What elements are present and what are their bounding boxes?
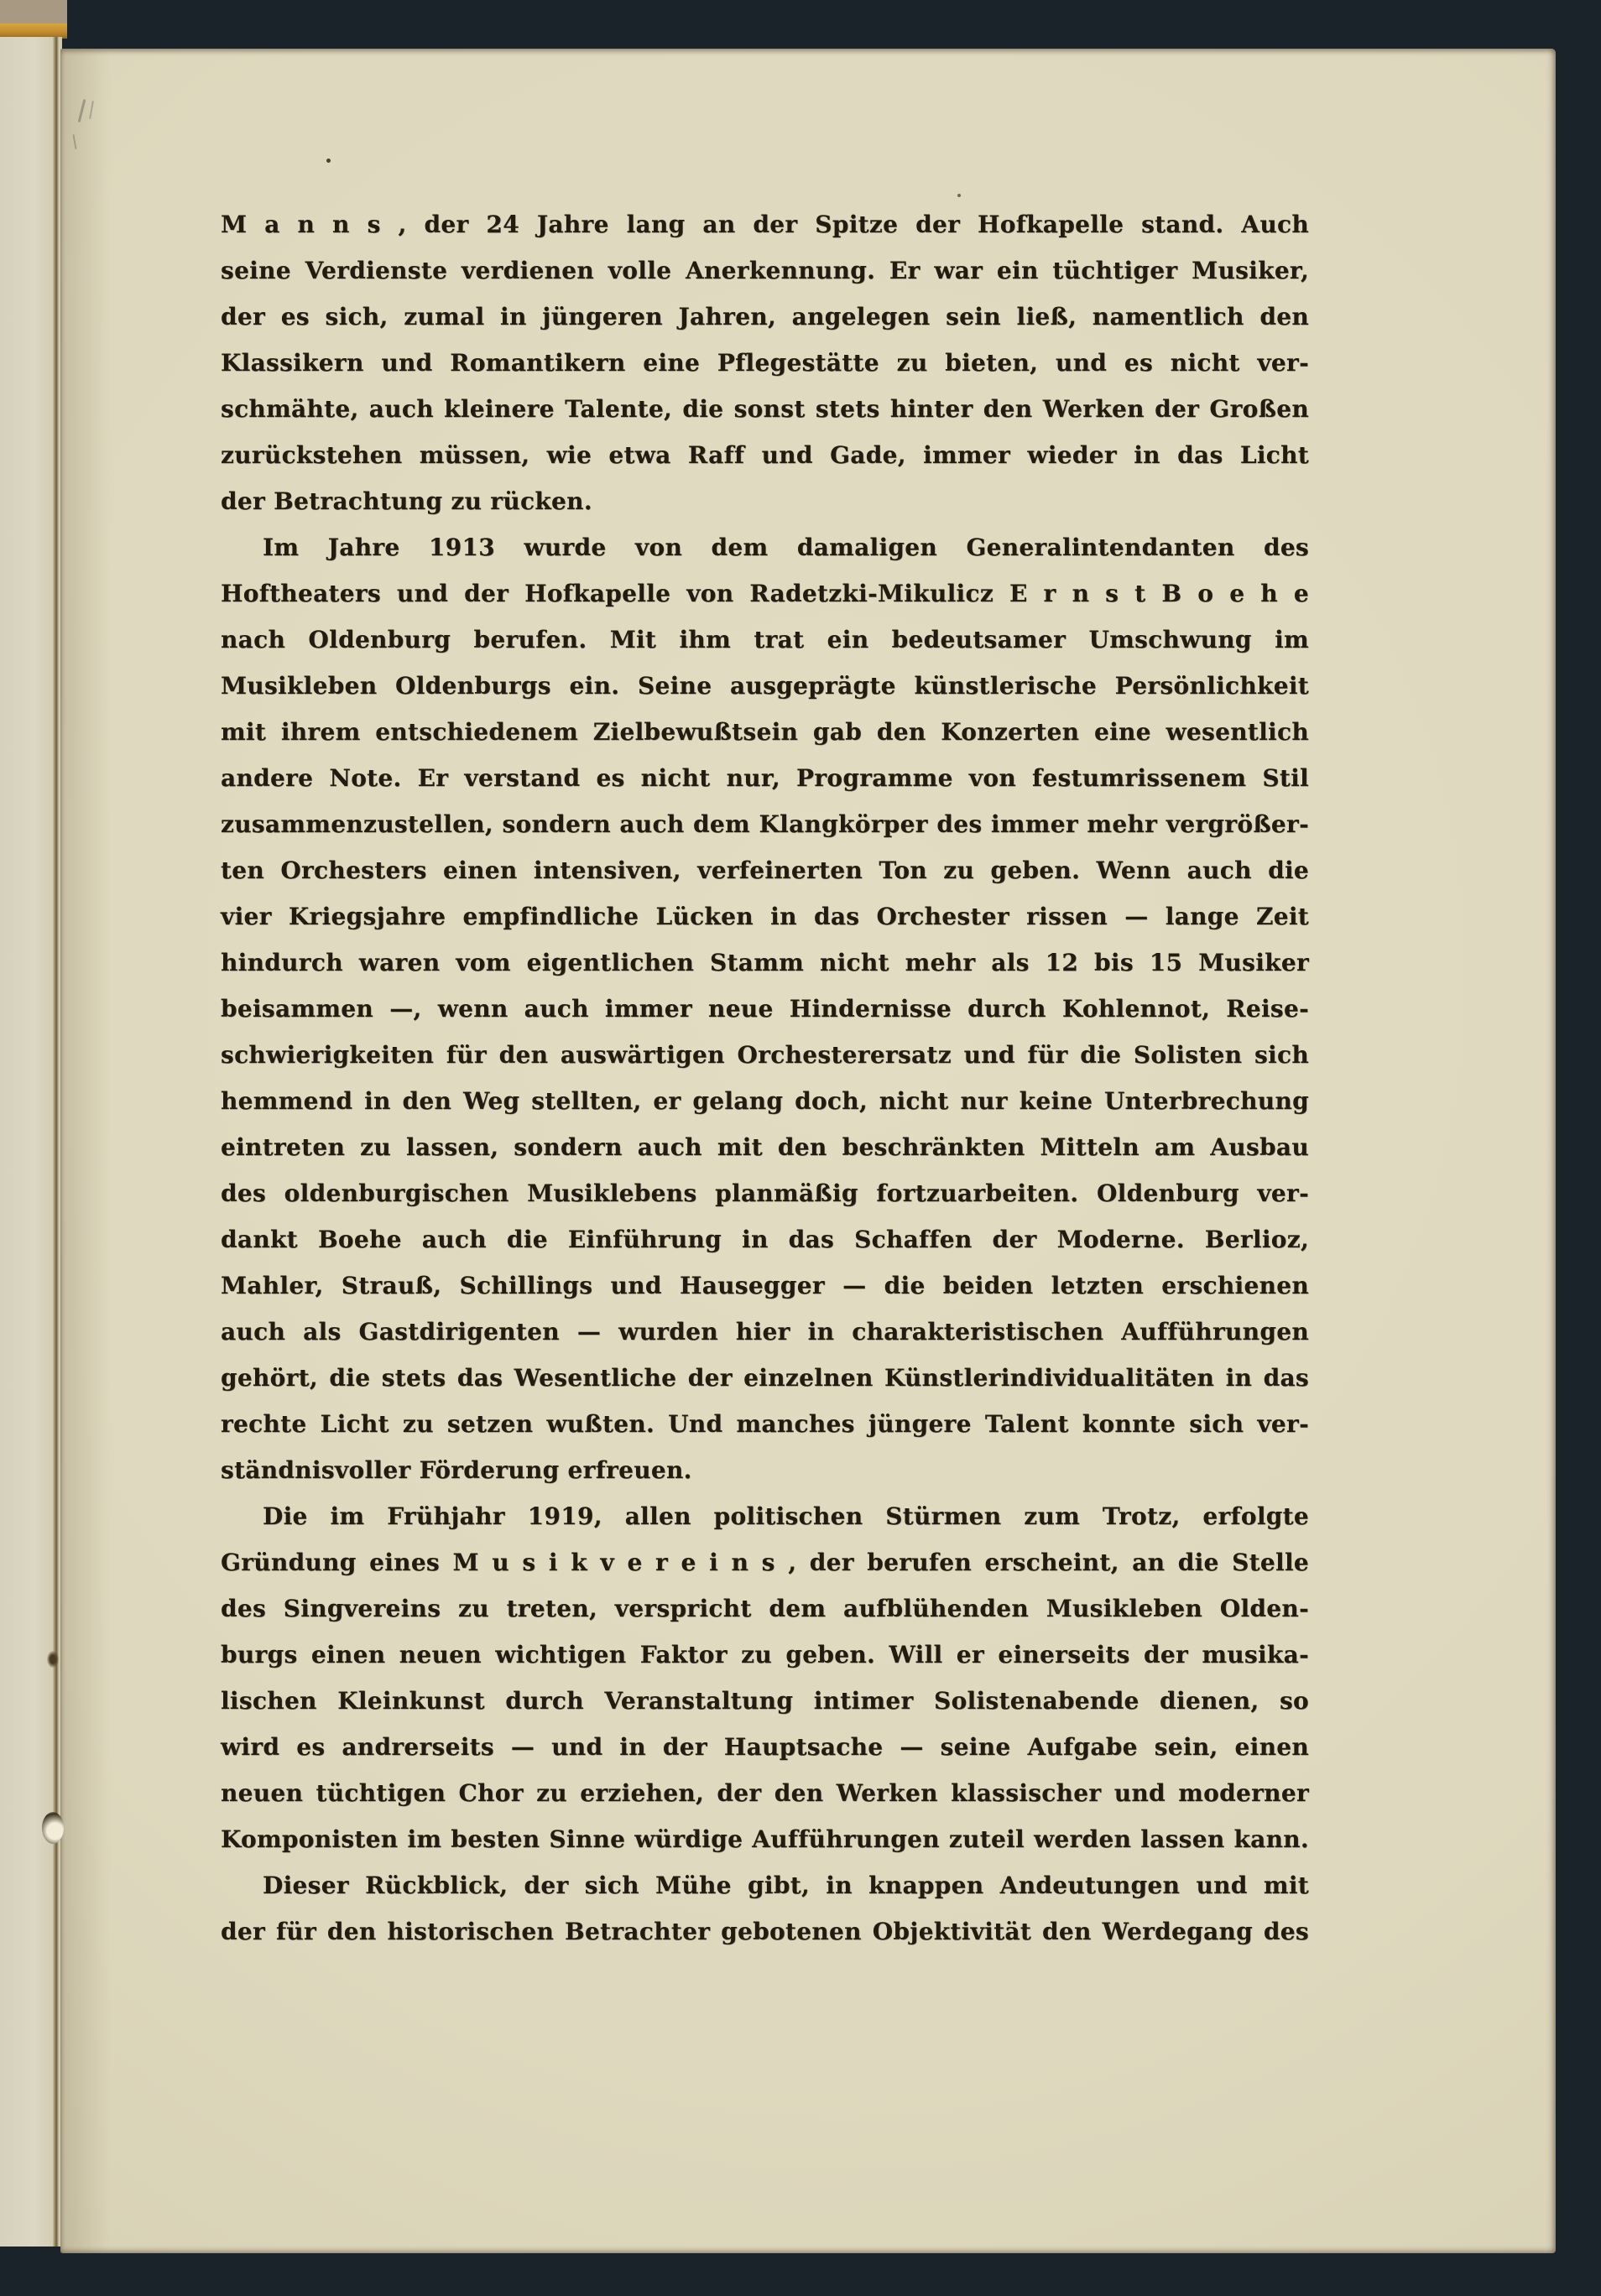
binding-stitch-mark xyxy=(47,1651,59,1668)
text-line: vier Kriegsjahre empfindliche Lücken in … xyxy=(221,893,1309,940)
gutter-shadow xyxy=(60,49,111,2253)
text-line: dankt Boehe auch die Einführung in das S… xyxy=(221,1216,1309,1263)
text-line: hemmend in den Weg stellten, er gelang d… xyxy=(221,1078,1309,1124)
text-line: zusammenzustellen, sondern auch dem Klan… xyxy=(221,801,1309,847)
text-line: andere Note. Er verstand es nicht nur, P… xyxy=(221,755,1309,801)
text-line: eintreten zu lassen, sondern auch mit de… xyxy=(221,1124,1309,1170)
text-line: hindurch waren vom eigentlichen Stamm ni… xyxy=(221,940,1309,986)
text-line: lischen Kleinkunst durch Veranstaltung i… xyxy=(221,1678,1309,1724)
text-line: beisammen —, wenn auch immer neue Hinder… xyxy=(221,986,1309,1032)
text-line: Mahler, Strauß, Schillings und Hausegger… xyxy=(221,1263,1309,1309)
text-line: Klassikern und Romantikern eine Pflegest… xyxy=(221,340,1309,386)
text-line: ständnisvoller Förderung erfreuen. xyxy=(221,1447,1309,1493)
text-line: auch als Gastdirigenten — wurden hier in… xyxy=(221,1309,1309,1355)
text-line: der es sich, zumal in jüngeren Jahren, a… xyxy=(221,294,1309,340)
ink-speck xyxy=(957,194,961,197)
text-line: Die im Frühjahr 1919, allen politischen … xyxy=(221,1493,1309,1539)
text-line: burgs einen neuen wichtigen Faktor zu ge… xyxy=(221,1632,1309,1678)
text-line: seine Verdienste verdienen volle Anerken… xyxy=(221,247,1309,294)
text-line: des oldenburgischen Musiklebens planmäßi… xyxy=(221,1170,1309,1216)
text-line: Im Jahre 1913 wurde von dem damaligen Ge… xyxy=(221,524,1309,570)
text-line: neuen tüchtigen Chor zu erziehen, der de… xyxy=(221,1770,1309,1816)
text-line: M a n n s , der 24 Jahre lang an der Spi… xyxy=(221,201,1309,247)
text-line: zurückstehen müssen, wie etwa Raff und G… xyxy=(221,432,1309,478)
text-line: wird es andrerseits — und in der Hauptsa… xyxy=(221,1724,1309,1770)
text-line: Dieser Rückblick, der sich Mühe gibt, in… xyxy=(221,1862,1309,1908)
text-line: Musikleben Oldenburgs ein. Seine ausgepr… xyxy=(221,663,1309,709)
ink-speck xyxy=(326,159,331,163)
text-line: gehört, die stets das Wesentliche der ei… xyxy=(221,1355,1309,1401)
text-line: des Singvereins zu treten, verspricht de… xyxy=(221,1585,1309,1632)
text-line: Gründung eines M u s i k v e r e i n s ,… xyxy=(221,1539,1309,1585)
text-line: schwierigkeiten für den auswärtigen Orch… xyxy=(221,1032,1309,1078)
binding-crease xyxy=(53,37,59,2247)
text-line: der für den historischen Betrachter gebo… xyxy=(221,1908,1309,1955)
text-line: ten Orchesters einen intensiven, verfein… xyxy=(221,847,1309,893)
text-line: nach Oldenburg berufen. Mit ihm trat ein… xyxy=(221,617,1309,663)
text-line: Komponisten im besten Sinne würdige Auff… xyxy=(221,1816,1309,1862)
page-text-block: M a n n s , der 24 Jahre lang an der Spi… xyxy=(221,201,1309,1955)
text-line: Hoftheaters und der Hofkapelle von Radet… xyxy=(221,570,1309,617)
scanned-book-photo: { "scan": { "backdrop_color": "#1b232a",… xyxy=(0,0,1601,2296)
text-line: rechte Licht zu setzen wußten. Und manch… xyxy=(221,1401,1309,1447)
text-line: schmähte, auch kleinere Talente, die son… xyxy=(221,386,1309,432)
text-line: mit ihrem entschiedenem Zielbewußtsein g… xyxy=(221,709,1309,755)
text-line: der Betrachtung zu rücken. xyxy=(221,478,1309,524)
binding-stitch-mark xyxy=(42,1812,64,1844)
